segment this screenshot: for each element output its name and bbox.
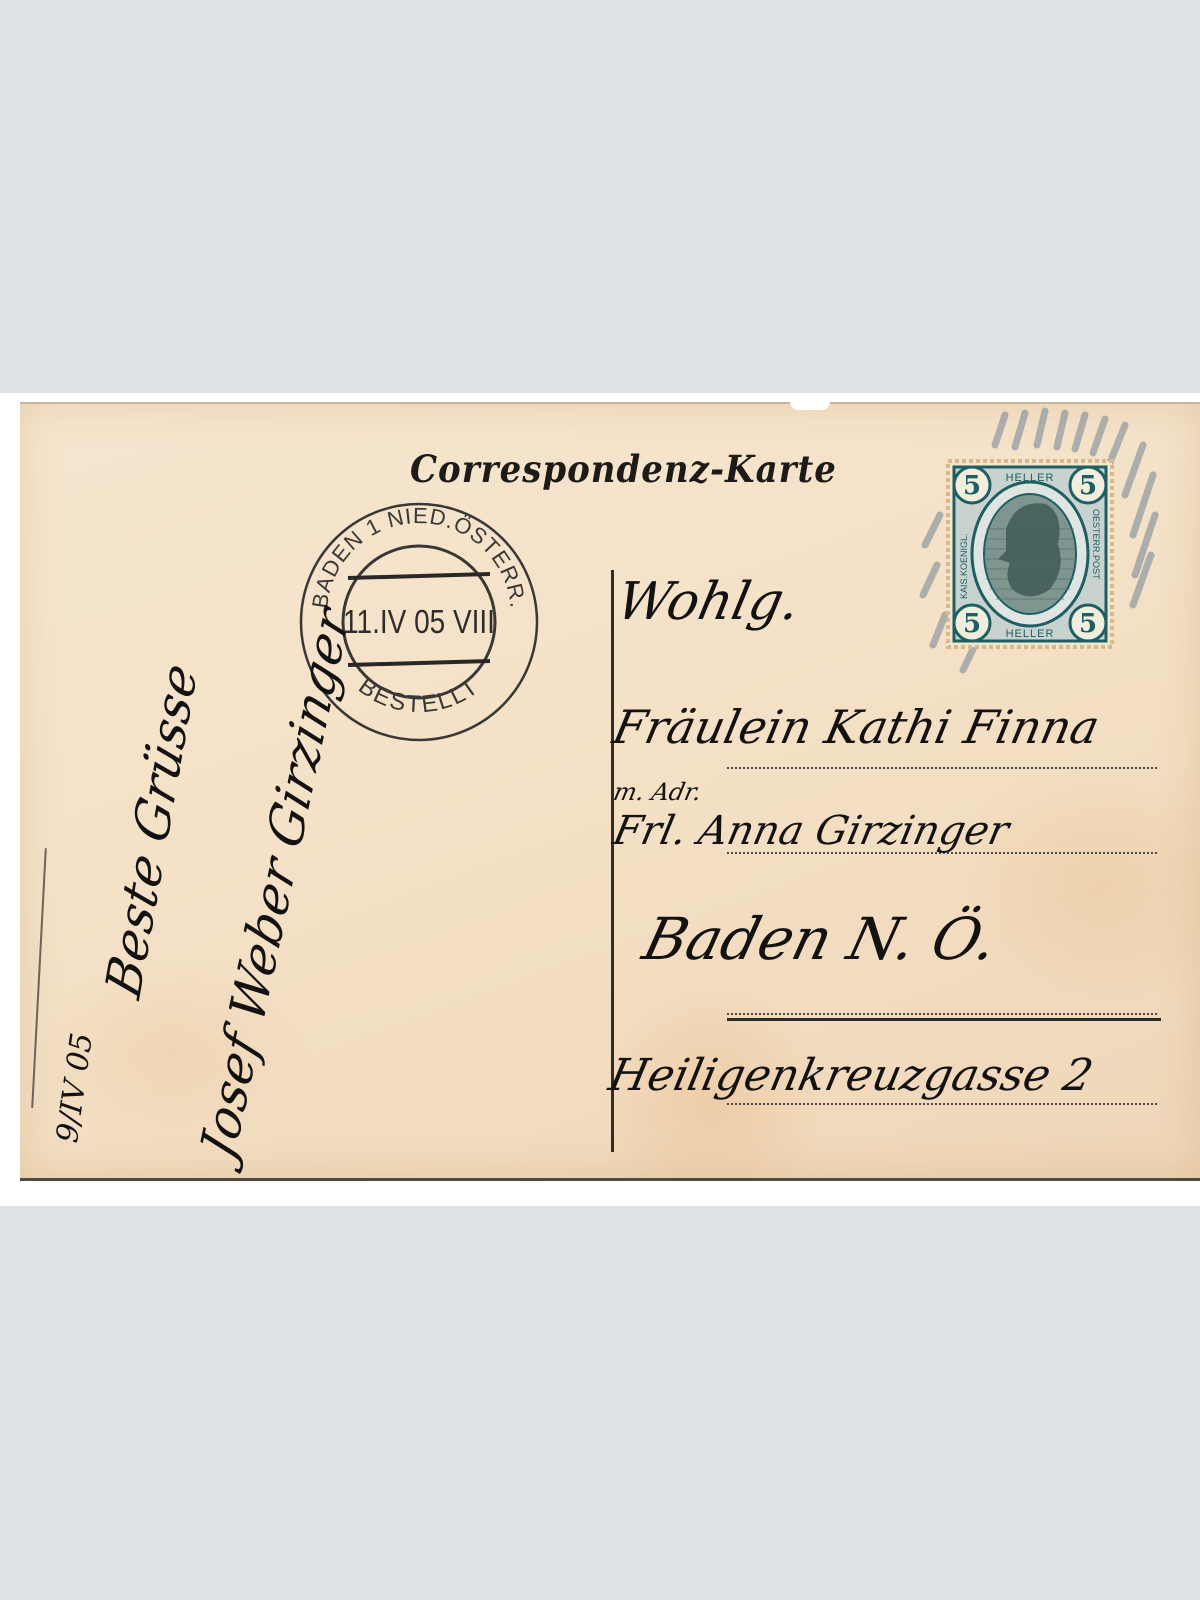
stamp-top-label: HELLER [1006, 472, 1055, 484]
svg-text:BADEN 1 NIED.ÖSTERR.: BADEN 1 NIED.ÖSTERR. [307, 503, 531, 610]
stamp-value-tr: 5 [1079, 471, 1097, 501]
address-salutation: Wohlg. [612, 572, 806, 632]
address-line-3 [727, 1013, 1157, 1015]
stamp-right-label: OESTERR.POST [1091, 509, 1101, 580]
stamp-left-label: KAIS.KOENIGL. [959, 533, 969, 599]
stamp-bottom-label: HELLER [1006, 628, 1055, 640]
stamp-value-br: 5 [1079, 609, 1097, 639]
address-street: Heiligenkreuzgasse 2 [605, 1050, 1098, 1101]
address-city: Baden N. Ö. [637, 905, 1005, 973]
address-care-of: m. Adr. [611, 778, 704, 806]
postmark-top-text: BADEN 1 NIED.ÖSTERR. [307, 503, 531, 610]
stamp-value-tl: 5 [963, 471, 981, 501]
address-recipient: Fräulein Kathi Finna [608, 700, 1104, 754]
postmark-date: 11.IV 05 VIII [343, 603, 495, 641]
torn-edge [790, 402, 830, 410]
city-underline [727, 1018, 1161, 1021]
postmark-bottom-text: BESTELLT [353, 672, 484, 718]
postage-stamp: 5 5 5 5 HELLER HELLER KAIS.KOENIGL. OEST… [946, 459, 1114, 649]
address-care-of-name: Frl. Anna Girzinger [609, 808, 1013, 854]
stamp-value-bl: 5 [963, 609, 981, 639]
printed-title: Correspondenz-Karte [410, 448, 850, 492]
address-line-4 [727, 1103, 1157, 1105]
svg-text:BESTELLT: BESTELLT [353, 672, 484, 718]
address-line-1 [727, 767, 1157, 769]
